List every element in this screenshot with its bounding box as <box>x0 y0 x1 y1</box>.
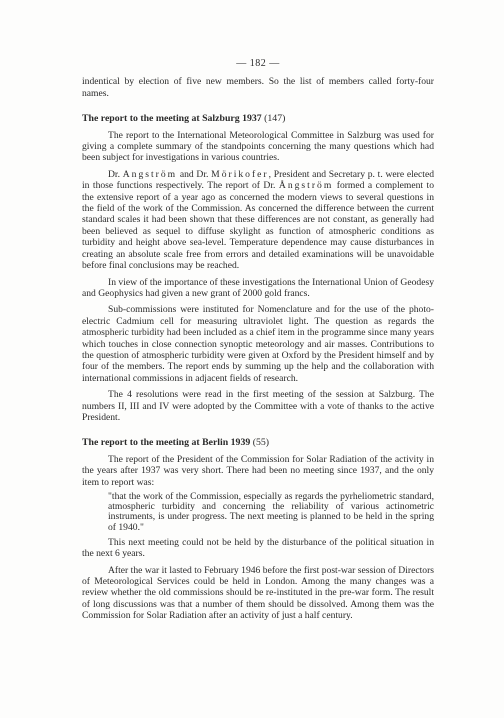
text-run: Dr. <box>108 169 123 180</box>
paragraph: The report of the President of the Commi… <box>82 454 434 488</box>
paragraph-officers: Dr. Angström and Dr. Mörikofer, Presiden… <box>82 169 434 272</box>
paragraph: This next meeting could not be held by t… <box>82 537 434 560</box>
person-name: Mörikofer <box>211 169 268 180</box>
heading-reference: (147) <box>264 113 285 124</box>
section-heading-salzburg: The report to the meeting at Salzburg 19… <box>82 113 434 124</box>
person-name: Ångström <box>279 180 333 191</box>
quotation: "that the work of the Commission, especi… <box>108 492 434 533</box>
heading-text: The report to the meeting at Berlin 1939 <box>82 437 250 448</box>
document-page: — 182 — indentical by election of five n… <box>82 58 434 622</box>
text-run: formed a complement to the extensive rep… <box>82 180 434 271</box>
paragraph: The report to the International Meteorol… <box>82 130 434 164</box>
paragraph: After the war it lasted to February 1946… <box>82 565 434 622</box>
text-run: and Dr. <box>177 169 211 180</box>
heading-text: The report to the meeting at Salzburg 19… <box>82 113 262 124</box>
page-number: — 182 — <box>82 58 434 69</box>
heading-reference: (55) <box>253 437 269 448</box>
paragraph: The 4 resolutions were read in the first… <box>82 389 434 423</box>
person-name: Angström <box>123 169 177 180</box>
continuation-paragraph: indentical by election of five new membe… <box>82 76 434 99</box>
paragraph: In view of the importance of these inves… <box>82 277 434 300</box>
section-heading-berlin: The report to the meeting at Berlin 1939… <box>82 437 434 448</box>
paragraph: Sub-commissions were instituted for Nome… <box>82 304 434 384</box>
